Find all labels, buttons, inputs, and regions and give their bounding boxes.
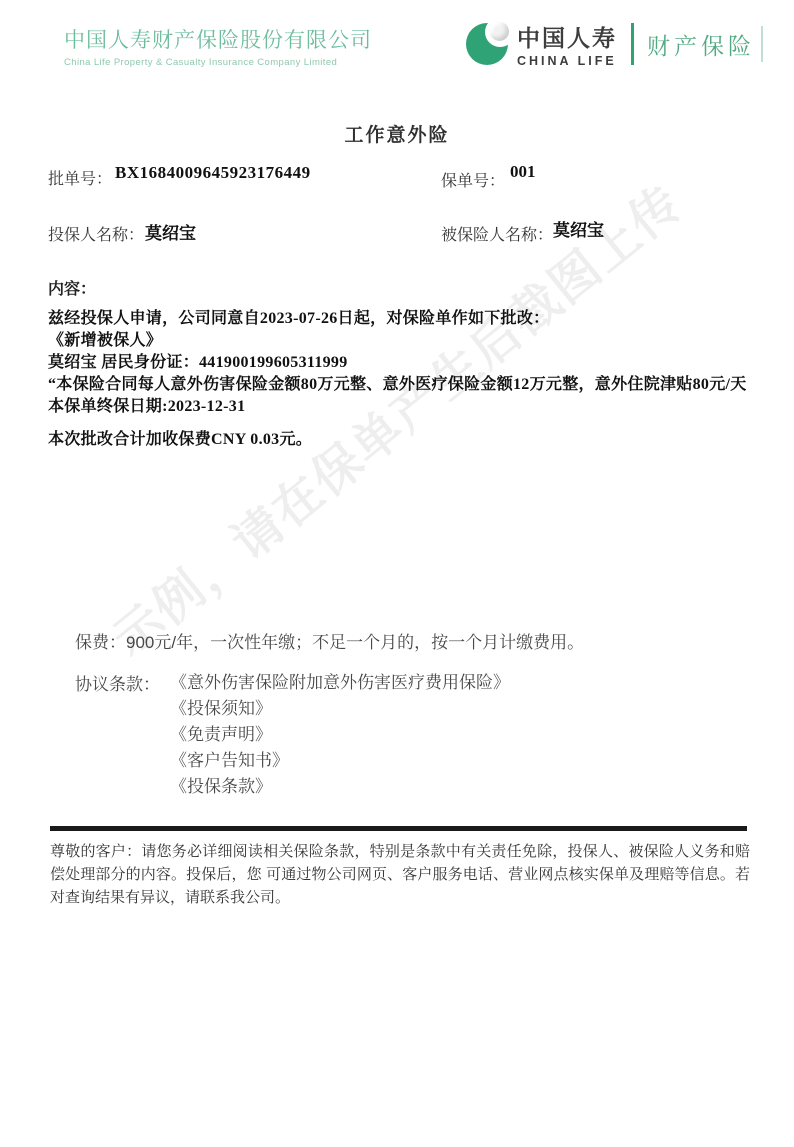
applicant-name-value: 莫绍宝 [145,219,196,244]
terms-item: 《客户告知书》 [170,748,510,774]
logo-divider-bar-light [761,26,763,62]
body-line: “本保险合同每人意外伤害保险金额80万元整、意外医疗保险金额12万元整，意外住院… [48,374,780,396]
insured-label: 被保险人名称： [441,222,553,245]
insured-name-value: 莫绍宝 [553,216,604,241]
body-line: 莫绍宝 居民身份证：441900199605311999 [48,352,780,374]
logo-divider-bar [631,23,634,65]
policy-no-value: 001 [510,162,536,182]
china-life-ball-icon [466,23,508,65]
brand-logo: 中国人寿 CHINA LIFE 财产保险 [466,20,763,68]
company-name-cn: 中国人寿财产保险股份有限公司 [64,24,372,54]
body-line: 本保单终保日期:2023-12-31 [48,396,780,418]
terms-list: 《意外伤害保险附加意外伤害医疗费用保险》 《投保须知》 《免责声明》 《客户告知… [170,670,510,800]
insurance-endorsement-document: 示例，请在保单产生后截图上传 中国人寿财产保险股份有限公司 China Life… [0,0,794,1147]
terms-label: 协议条款： [75,670,170,800]
footer-divider-rule [50,826,747,831]
surcharge-line: 本次批改合计加收保费CNY 0.03元。 [48,429,780,451]
terms-item: 《投保须知》 [170,696,510,722]
endorsement-body: 兹经投保人申请，公司同意自2023-07-26日起，对保险单作如下批改： 《新增… [48,308,780,451]
applicant-label: 投保人名称： [48,222,144,245]
policy-no-label: 保单号： [441,168,505,191]
terms-item: 《投保条款》 [170,774,510,800]
terms-item: 《免责声明》 [170,722,510,748]
premium-line: 保费：900元/年，一次性年缴；不足一个月的，按一个月计缴费用。 [75,628,584,653]
agreement-terms: 协议条款： 《意外伤害保险附加意外伤害医疗费用保险》 《投保须知》 《免责声明》… [75,670,510,800]
customer-notice: 尊敬的客户：请您务必详细阅读相关保险条款，特别是条款中有关责任免除，投保人、被保… [50,840,750,909]
body-line: 《新增被保人》 [48,330,780,352]
brand-name-cn: 中国人寿 [517,20,617,53]
terms-item: 《意外伤害保险附加意外伤害医疗费用保险》 [170,670,510,696]
content-label: 内容： [48,276,96,299]
company-name-en: China Life Property & Casualty Insurance… [64,57,372,68]
body-line: 兹经投保人申请，公司同意自2023-07-26日起，对保险单作如下批改： [48,308,780,330]
company-header: 中国人寿财产保险股份有限公司 China Life Property & Cas… [64,24,372,68]
document-title: 工作意外险 [0,120,794,147]
brand-wordmark: 中国人寿 CHINA LIFE [517,20,617,68]
endorsement-no-value: BX1684009645923176449 [115,163,311,183]
division-name: 财产保险 [647,28,755,61]
endorsement-no-label: 批单号： [48,166,112,189]
brand-name-en: CHINA LIFE [517,54,617,68]
